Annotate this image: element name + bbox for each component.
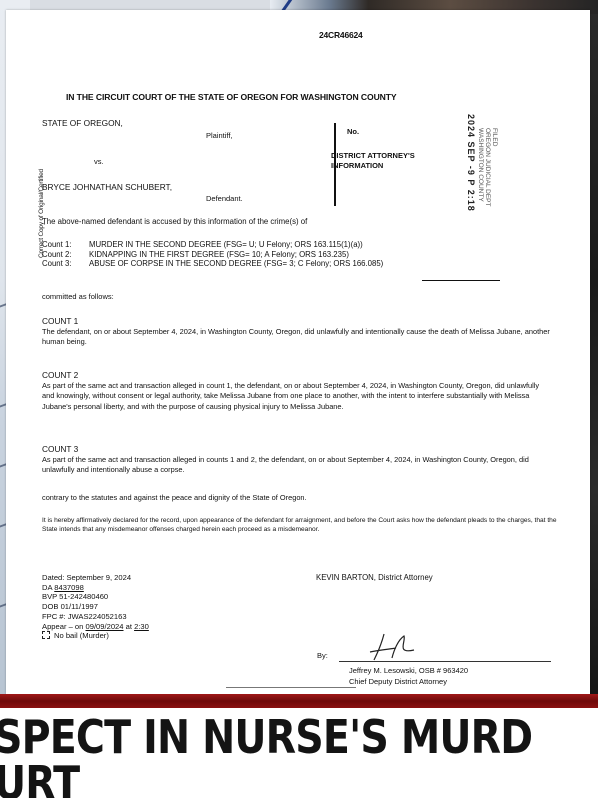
da-label: DA [42,583,54,592]
document-type: DISTRICT ATTORNEY'S INFORMATION [331,151,415,171]
charge-row: Count 3:ABUSE OF CORPSE IN THE SECOND DE… [42,259,383,269]
accusation-intro: The above-named defendant is accused by … [42,217,307,227]
bvp-line: BVP 51-242480460 [42,592,149,602]
charge-label: Count 1: [42,240,89,250]
charges-list: Count 1:MURDER IN THE SECOND DEGREE (FSG… [42,240,383,269]
filing-details: Dated: September 9, 2024 DA 8437098 BVP … [42,573,149,641]
appear-date: 09/09/2024 [86,622,124,631]
da-number-line: DA 8437098 [42,583,149,593]
signature-icon [366,630,426,664]
charge-text: ABUSE OF CORPSE IN THE SECOND DEGREE (FS… [89,259,383,269]
count-text: The defendant, on or about September 4, … [42,327,552,348]
news-banner-bar [0,694,598,708]
committed-label: committed as follows: [42,292,114,302]
versus-label: vs. [94,157,104,167]
count-text: As part of the same act and transaction … [42,455,552,476]
district-attorney-name: KEVIN BARTON, District Attorney [316,573,433,583]
count-heading: COUNT 3 [42,444,552,455]
filed-stamp-line: OREGON JUDICIAL DEPT [484,128,491,207]
count-1: COUNT 1 The defendant, on or about Septe… [42,316,552,348]
charge-text: MURDER IN THE SECOND DEGREE (FSG= U; U F… [89,240,363,250]
signer-title: Chief Deputy District Attorney [349,676,468,687]
news-chyron: SPECT IN NURSE'S MURD URT [0,708,598,798]
signer-block: Jeffrey M. Lesowski, OSB # 963420 Chief … [349,665,468,687]
count-3: COUNT 3 As part of the same act and tran… [42,444,552,476]
bottom-divider [226,687,356,688]
misdemeanor-declaration: It is hereby affirmatively declared for … [42,516,557,534]
chyron-headline-line1: SPECT IN NURSE'S MURD [0,714,532,760]
bail-line: No bail (Murder) [42,631,149,641]
chyron-headline-line2: URT [0,760,79,798]
court-document: 24CR46624 Correct Copy of Original/Certi… [6,10,590,694]
charge-row: Count 2:KIDNAPPING IN THE FIRST DEGREE (… [42,250,383,260]
bail-text: No bail (Murder) [54,631,109,640]
filed-stamp: 2024 SEP -9 P 2:18 [466,114,476,212]
charge-row: Count 1:MURDER IN THE SECOND DEGREE (FSG… [42,240,383,250]
filed-stamp-detail: FILED OREGON JUDICIAL DEPT WASHINGTON CO… [477,128,498,207]
filed-stamp-line: FILED [491,128,498,207]
appear-line: Appear – on 09/09/2024 at 2:30 [42,622,149,632]
appear-label: Appear – on [42,622,86,631]
signer-name: Jeffrey M. Lesowski, OSB # 963420 [349,665,468,676]
charge-label: Count 3: [42,259,89,269]
court-title: IN THE CIRCUIT COURT OF THE STATE OF ORE… [66,92,397,102]
count-2: COUNT 2 As part of the same act and tran… [42,370,552,412]
case-number: 24CR46624 [319,30,363,40]
filed-stamp-line: WASHINGTON COUNTY [477,128,484,207]
dated-line: Dated: September 9, 2024 [42,573,149,583]
contrary-clause: contrary to the statutes and against the… [42,493,307,503]
by-label: By: [317,651,328,661]
appear-at: at [124,622,135,631]
checked-box-icon [42,631,50,639]
plaintiff-name: STATE OF OREGON, [42,118,123,128]
da-number: 8437098 [54,583,84,592]
signature-line [339,661,551,662]
plaintiff-label: Plaintiff, [206,131,233,141]
defendant-name: BRYCE JOHNATHAN SCHUBERT, [42,182,172,192]
count-heading: COUNT 1 [42,316,552,327]
document-type-line1: DISTRICT ATTORNEY'S [331,151,415,161]
charge-label: Count 2: [42,250,89,260]
dob-line: DOB 01/11/1997 [42,602,149,612]
charge-text: KIDNAPPING IN THE FIRST DEGREE (FSG= 10;… [89,250,349,260]
charge-underline [422,280,500,281]
count-text: As part of the same act and transaction … [42,381,552,413]
fpc-line: FPC #: JWAS224052163 [42,612,149,622]
count-heading: COUNT 2 [42,370,552,381]
document-type-line2: INFORMATION [331,161,415,171]
appear-time: 2:30 [134,622,149,631]
case-no-label: No. [347,127,359,137]
defendant-label: Defendant. [206,194,243,204]
